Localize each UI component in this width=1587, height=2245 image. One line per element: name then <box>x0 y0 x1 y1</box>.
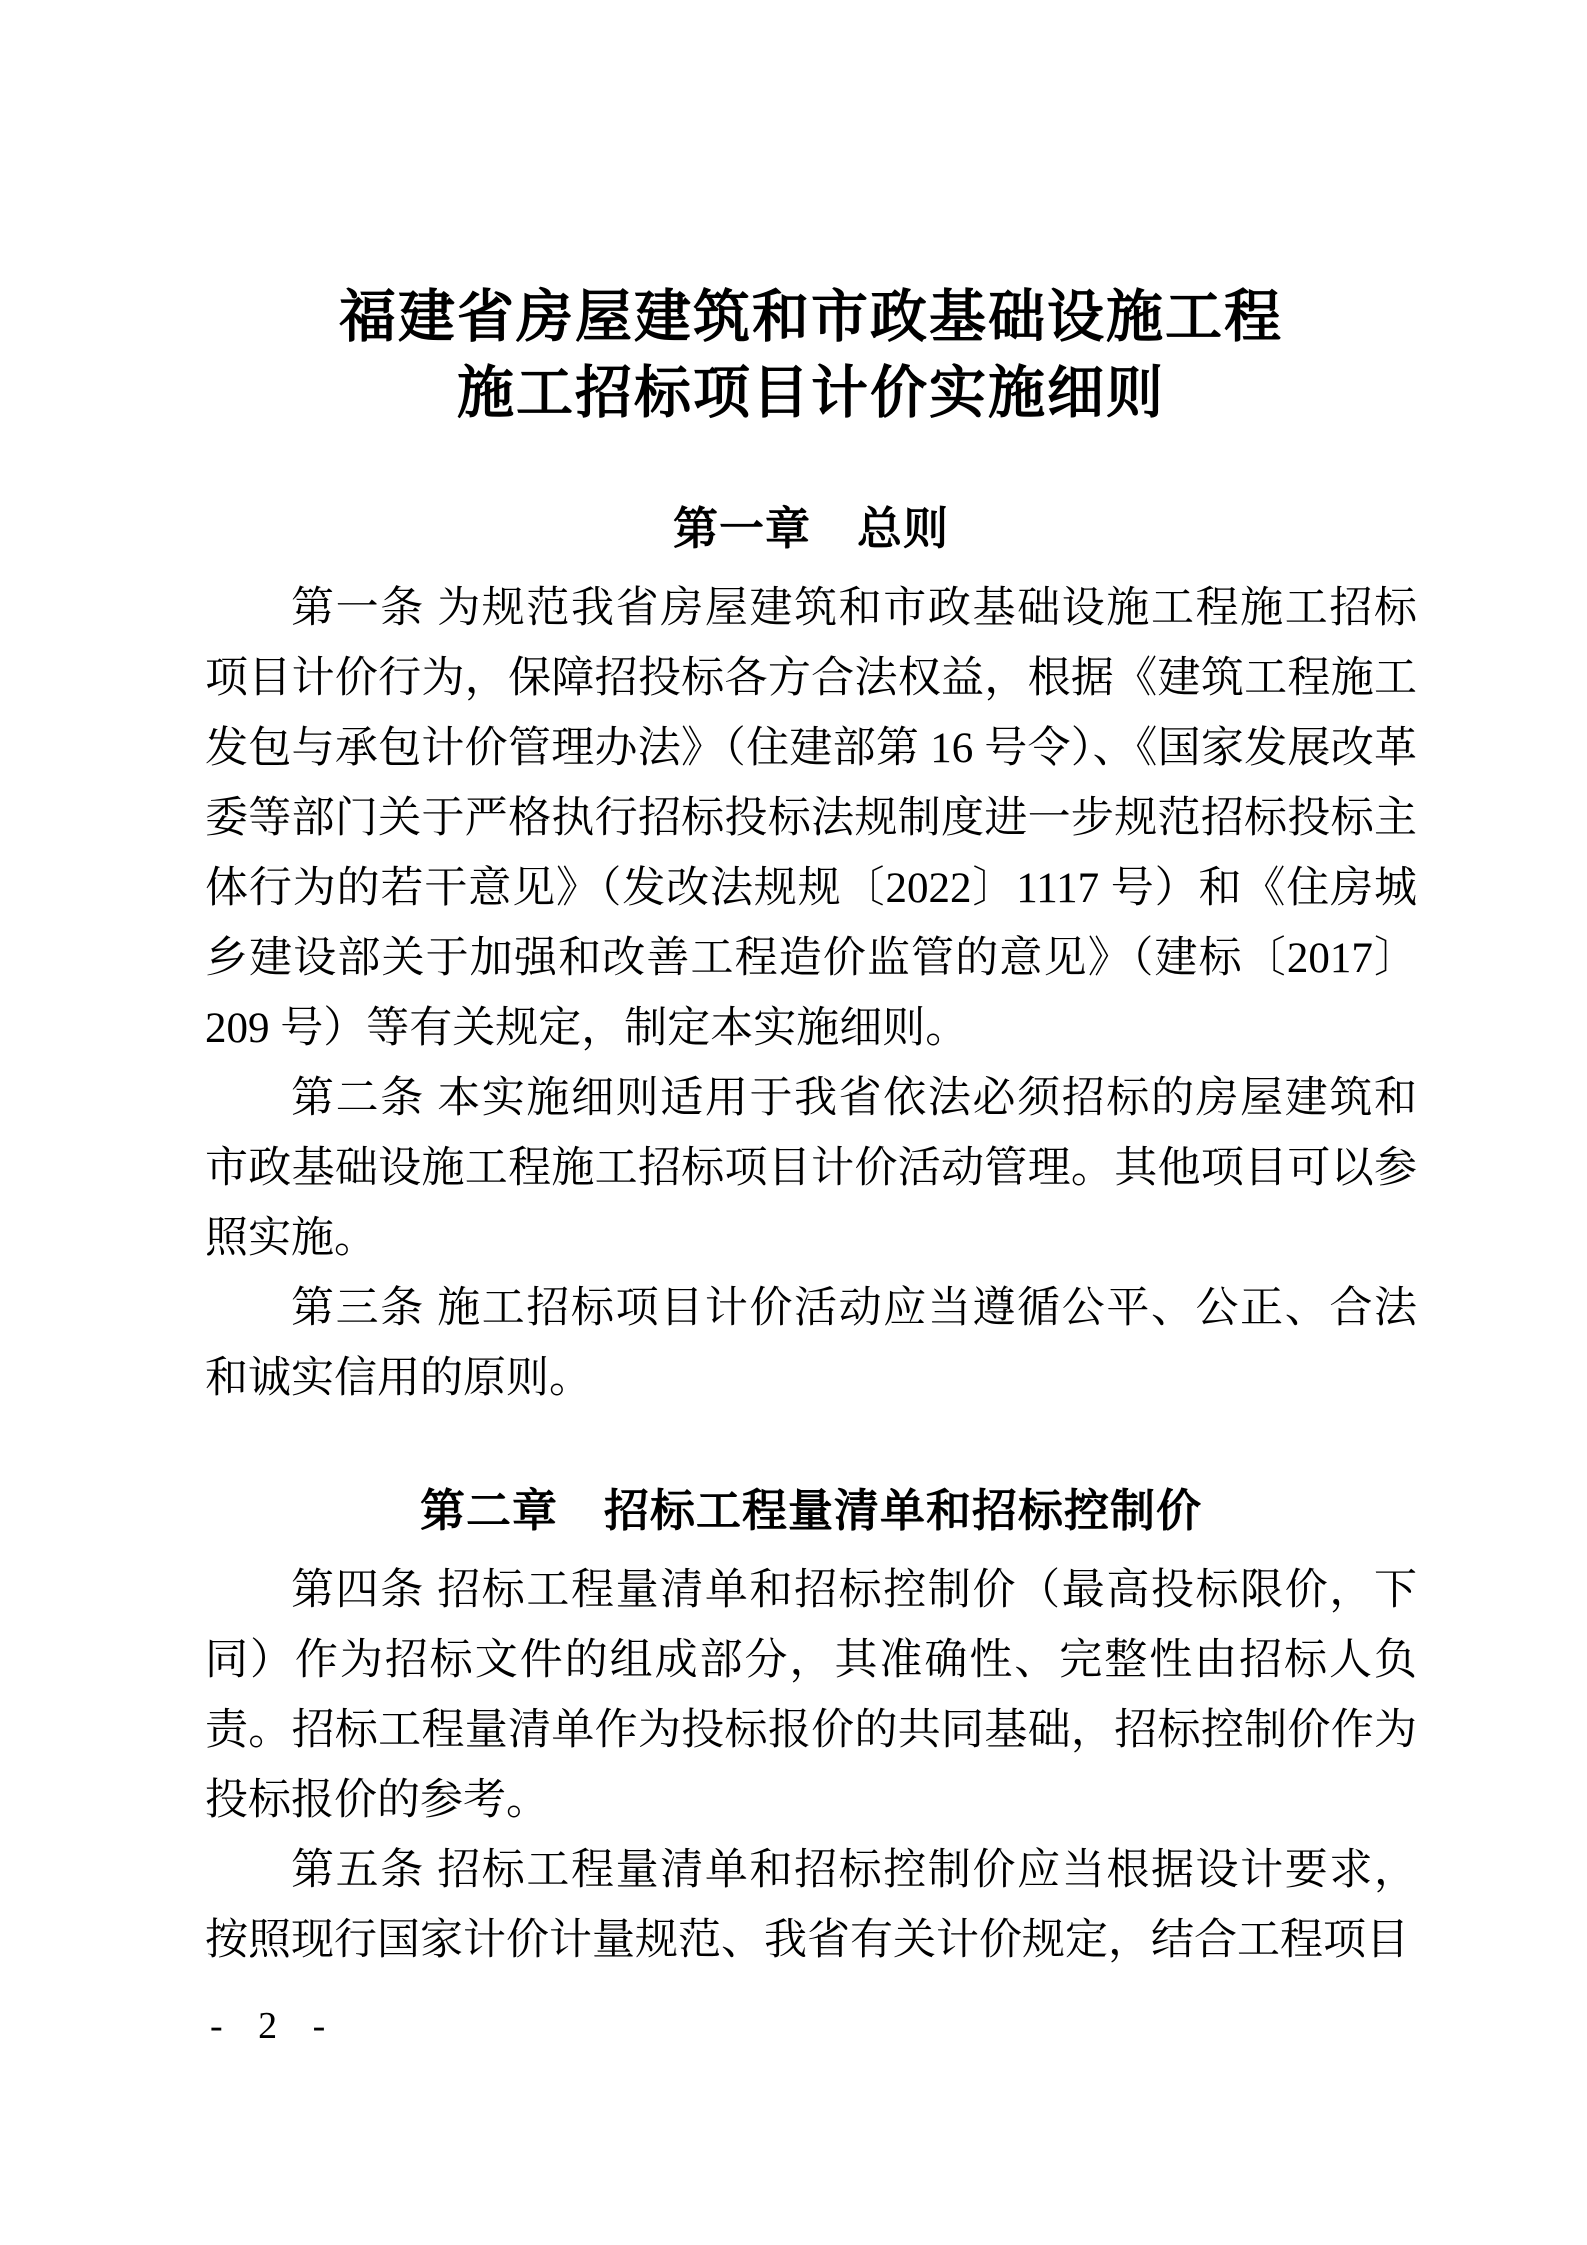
document-page: 福建省房屋建筑和市政基础设施工程 施工招标项目计价实施细则 第一章 总则第一条 … <box>0 0 1587 2245</box>
paragraph: 第四条 招标工程量清单和招标控制价（最高投标限价，下同）作为招标文件的组成部分，… <box>205 1556 1417 1836</box>
paragraph: 第三条 施工招标项目计价活动应当遵循公平、公正、合法和诚实信用的原则。 <box>205 1274 1417 1414</box>
paragraph: 第五条 招标工程量清单和招标控制价应当根据设计要求，按照现行国家计价计量规范、我… <box>205 1836 1417 1976</box>
chapter-heading: 第一章 总则 <box>205 494 1417 564</box>
paragraph: 第二条 本实施细则适用于我省依法必须招标的房屋建筑和市政基础设施工程施工招标项目… <box>205 1064 1417 1274</box>
paragraph: 第一条 为规范我省房屋建筑和市政基础设施工程施工招标项目计价行为，保障招投标各方… <box>205 574 1417 1064</box>
page-number: - 2 - <box>210 2002 334 2050</box>
title-line-2: 施工招标项目计价实施细则 <box>205 356 1417 432</box>
document-content: 福建省房屋建筑和市政基础设施工程 施工招标项目计价实施细则 第一章 总则第一条 … <box>205 0 1417 1976</box>
chapter-heading: 第二章 招标工程量清单和招标控制价 <box>205 1476 1417 1546</box>
document-sections: 第一章 总则第一条 为规范我省房屋建筑和市政基础设施工程施工招标项目计价行为，保… <box>205 494 1417 1976</box>
document-title: 福建省房屋建筑和市政基础设施工程 施工招标项目计价实施细则 <box>205 280 1417 432</box>
title-line-1: 福建省房屋建筑和市政基础设施工程 <box>205 280 1417 356</box>
